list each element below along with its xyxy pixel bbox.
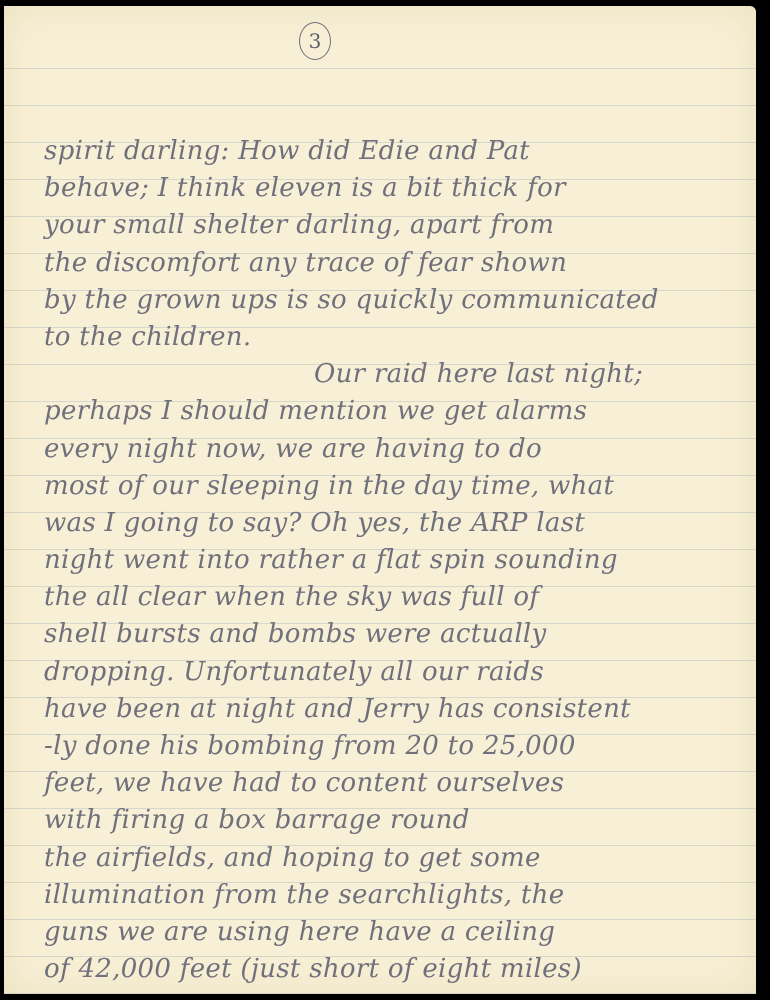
letter-body: spirit darling: How did Edie and Pat beh…: [44, 133, 744, 988]
text-line: dropping. Unfortunately all our raids: [44, 654, 744, 691]
text-line: your small shelter darling, apart from: [44, 207, 744, 244]
text-line: guns we are using here have a ceiling: [44, 914, 744, 951]
text-line: illumination from the searchlights, the: [44, 877, 744, 914]
text-line: with firing a box barrage round: [44, 802, 744, 839]
text-line: feet, we have had to content ourselves: [44, 765, 744, 802]
text-line: have been at night and Jerry has consist…: [44, 691, 744, 728]
text-line: most of our sleeping in the day time, wh…: [44, 468, 744, 505]
text-line: the discomfort any trace of fear shown: [44, 245, 744, 282]
text-line: perhaps I should mention we get alarms: [44, 393, 744, 430]
text-line: behave; I think eleven is a bit thick fo…: [44, 170, 744, 207]
text-line: of 42,000 feet (just short of eight mile…: [44, 951, 744, 988]
text-line: the all clear when the sky was full of: [44, 579, 744, 616]
text-line: to the children.: [44, 319, 744, 356]
letter-page: 3 spirit darling: How did Edie and Pat b…: [4, 6, 756, 994]
paragraph-start-line: Our raid here last night;: [44, 356, 744, 393]
text-line: by the grown ups is so quickly communica…: [44, 282, 744, 319]
text-line: shell bursts and bombs were actually: [44, 616, 744, 653]
text-line: -ly done his bombing from 20 to 25,000: [44, 728, 744, 765]
page-number: 3: [299, 22, 331, 60]
text-line: every night now, we are having to do: [44, 431, 744, 468]
text-line: was I going to say? Oh yes, the ARP last: [44, 505, 744, 542]
text-line: night went into rather a flat spin sound…: [44, 542, 744, 579]
text-line: the airfields, and hoping to get some: [44, 840, 744, 877]
text-line: spirit darling: How did Edie and Pat: [44, 133, 744, 170]
